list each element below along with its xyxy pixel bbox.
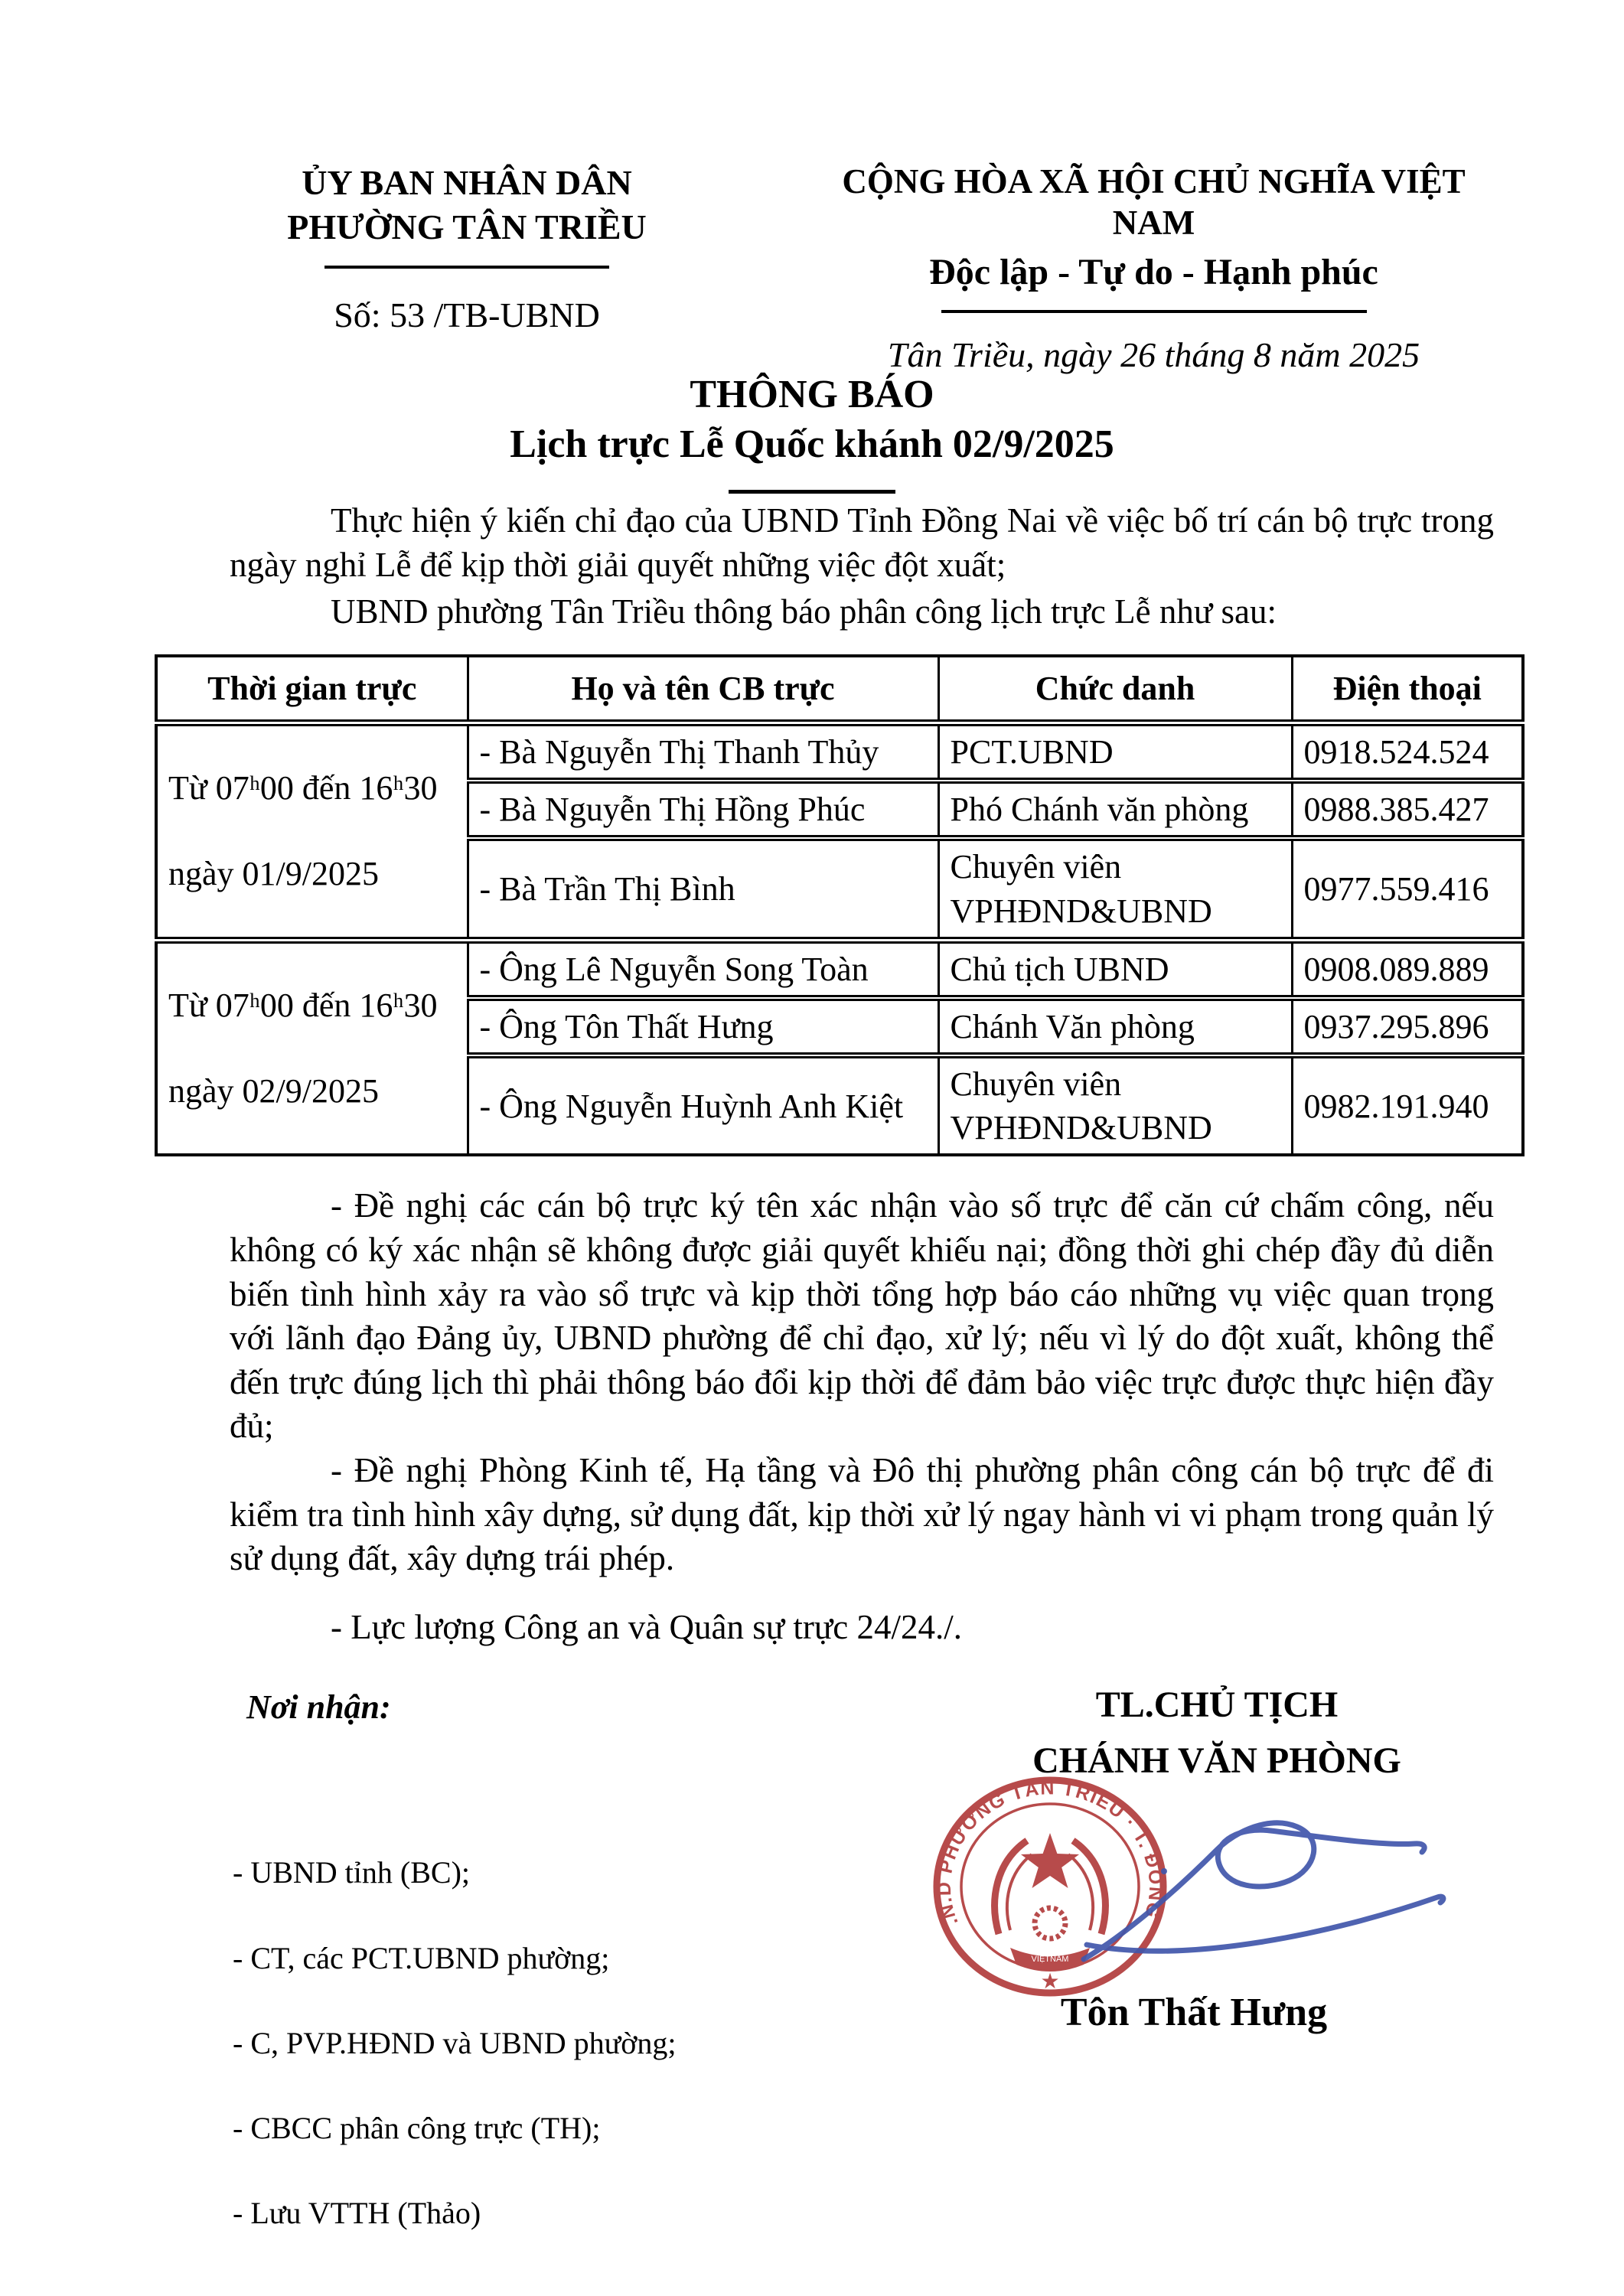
place-and-date: Tân Triều, ngày 26 tháng 8 năm 2025 — [807, 334, 1500, 375]
staff-name: - Ông Tôn Thất Hưng — [468, 998, 938, 1055]
staff-name: - Bà Nguyễn Thị Hồng Phúc — [468, 781, 938, 838]
document-number: Số: 53 /TB-UBND — [130, 295, 804, 335]
republic-line1: CỘNG HÒA XÃ HỘI CHỦ NGHĨA VIỆT NAM — [807, 161, 1500, 243]
note-paragraph-2: - Đề nghị Phòng Kinh tế, Hạ tầng và Đô t… — [230, 1449, 1494, 1581]
document-body: Thực hiện ý kiến chỉ đạo của UBND Tỉnh Đ… — [230, 499, 1494, 2278]
staff-name: - Ông Nguyễn Huỳnh Anh Kiệt — [468, 1055, 938, 1155]
recipient-item: - UBND tỉnh (BC); — [233, 1853, 677, 1892]
motto-underline — [941, 310, 1367, 313]
duty-time-group-2: Từ 07ʰ00 đến 16ʰ30 ngày 02/9/2025 — [156, 940, 468, 1155]
document-type-title: THÔNG BÁO — [0, 372, 1624, 417]
staff-phone: 0937.295.896 — [1292, 998, 1523, 1055]
signer-name: Tôn Thất Hưng — [1003, 1988, 1385, 2039]
staff-phone: 0988.385.427 — [1292, 781, 1523, 838]
title-block: THÔNG BÁO Lịch trực Lễ Quốc khánh 02/9/2… — [0, 372, 1624, 494]
staff-position: PCT.UBND — [938, 722, 1292, 781]
recipient-item: - CT, các PCT.UBND phường; — [233, 1939, 677, 1978]
document-subject-title: Lịch trực Lễ Quốc khánh 02/9/2025 — [0, 422, 1624, 467]
document-footer: Nơi nhận: - UBND tỉnh (BC); - CT, các PC… — [230, 1681, 1578, 2278]
official-red-seal: U.B.N.D PHƯỜNG TÂN TRIỀU · T. ĐỒNG NAI ★… — [857, 1773, 1168, 1994]
staff-position: Chánh Văn phòng — [938, 998, 1292, 1055]
table-header-row: Thời gian trực Họ và tên CB trực Chức da… — [156, 656, 1523, 723]
issuing-org-block: ỦY BAN NHÂN DÂN PHƯỜNG TÂN TRIỀU Số: 53 … — [130, 161, 804, 335]
intro-paragraph-1: Thực hiện ý kiến chỉ đạo của UBND Tỉnh Đ… — [230, 499, 1494, 587]
recipients-list: - UBND tỉnh (BC); - CT, các PCT.UBND phư… — [233, 1853, 677, 2278]
national-motto-block: CỘNG HÒA XÃ HỘI CHỦ NGHĨA VIỆT NAM Độc l… — [807, 161, 1500, 375]
time-line1: Từ 07ʰ00 đến 16ʰ30 — [168, 987, 438, 1024]
staff-phone: 0918.524.524 — [1292, 722, 1523, 781]
duty-time-group-1: Từ 07ʰ00 đến 16ʰ30 ngày 01/9/2025 — [156, 722, 468, 940]
official-document-page: ỦY BAN NHÂN DÂN PHƯỜNG TÂN TRIỀU Số: 53 … — [0, 0, 1624, 2296]
emblem-cog-icon — [1035, 1908, 1065, 1939]
col-header-time: Thời gian trực — [156, 656, 468, 723]
note-paragraph-1: - Đề nghị các cán bộ trực ký tên xác nhậ… — [230, 1184, 1494, 1449]
staff-position: Phó Chánh văn phòng — [938, 781, 1292, 838]
staff-name: - Bà Nguyễn Thị Thanh Thủy — [468, 722, 938, 781]
staff-phone: 0982.191.940 — [1292, 1055, 1523, 1155]
signer-title-block: TL.CHỦ TỊCH CHÁNH VĂN PHÒNG — [880, 1681, 1554, 1785]
col-header-phone: Điện thoại — [1292, 656, 1523, 723]
emblem-label: VIỆTNAM — [1032, 1954, 1069, 1964]
staff-position: Chủ tịch UBND — [938, 940, 1292, 998]
col-header-name: Họ và tên CB trực — [468, 656, 938, 723]
republic-line2: Độc lập - Tự do - Hạnh phúc — [807, 251, 1500, 293]
recipient-item: - CBCC phân công trực (TH); — [233, 2108, 677, 2148]
recipient-item: - C, PVP.HĐND và UBND phường; — [233, 2024, 677, 2063]
staff-name: - Bà Trần Thị Bình — [468, 838, 938, 940]
org-name-line1: ỦY BAN NHÂN DÂN — [130, 161, 804, 205]
staff-position: Chuyên viên VPHĐND&UBND — [938, 838, 1292, 940]
title-underline — [729, 490, 895, 494]
org-name-line2: PHƯỜNG TÂN TRIỀU — [130, 205, 804, 249]
staff-position: Chuyên viên VPHĐND&UBND — [938, 1055, 1292, 1155]
note-paragraph-3: - Lực lượng Công an và Quân sự trực 24/2… — [230, 1606, 1494, 1650]
signer-title-line1: TL.CHỦ TỊCH — [880, 1681, 1554, 1729]
table-row: Từ 07ʰ00 đến 16ʰ30 ngày 01/9/2025 - Bà N… — [156, 722, 1523, 781]
time-line1: Từ 07ʰ00 đến 16ʰ30 — [168, 769, 438, 807]
emblem-star-icon — [1021, 1833, 1079, 1888]
org-underline — [324, 266, 609, 269]
time-line2: ngày 01/9/2025 — [168, 855, 379, 892]
intro-paragraph-2: UBND phường Tân Triều thông báo phân côn… — [230, 590, 1494, 634]
duty-schedule-table: Thời gian trực Họ và tên CB trực Chức da… — [155, 654, 1525, 1157]
staff-name: - Ông Lê Nguyễn Song Toàn — [468, 940, 938, 998]
table-row: Từ 07ʰ00 đến 16ʰ30 ngày 02/9/2025 - Ông … — [156, 940, 1523, 998]
col-header-position: Chức danh — [938, 656, 1292, 723]
time-line2: ngày 02/9/2025 — [168, 1072, 379, 1110]
staff-phone: 0977.559.416 — [1292, 838, 1523, 940]
staff-phone: 0908.089.889 — [1292, 940, 1523, 998]
recipient-item: - Lưu VTTH (Thảo) — [233, 2193, 677, 2232]
recipients-label: Nơi nhận: — [246, 1686, 391, 1729]
